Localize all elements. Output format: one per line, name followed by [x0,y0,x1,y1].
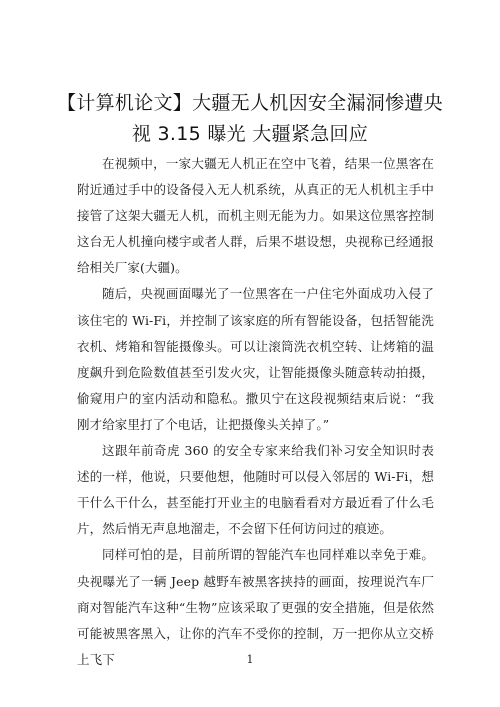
paragraph-2: 随后，央视画面曝光了一位黑客在一户住宅外面成功入侵了该住宅的 Wi-Fi，并控制… [77,281,434,438]
document-body: 在视频中，一家大疆无人机正在空中飞着，结果一位黑客在附近通过手中的设备侵入无人机… [77,151,434,673]
paragraph-3: 这跟年前奇虎 360 的安全专家来给我们补习安全知识时表述的一样，他说，只要他想… [77,438,434,542]
title-line-2: 视 3.15 曝光 大疆紧急回应 [40,119,460,150]
title-line-1: 【计算机论文】大疆无人机因安全漏洞惨遭央 [40,88,460,119]
document-title: 【计算机论文】大疆无人机因安全漏洞惨遭央 视 3.15 曝光 大疆紧急回应 [40,88,460,150]
paragraph-1: 在视频中，一家大疆无人机正在空中飞着，结果一位黑客在附近通过手中的设备侵入无人机… [77,151,434,281]
page-number: 1 [0,653,500,666]
